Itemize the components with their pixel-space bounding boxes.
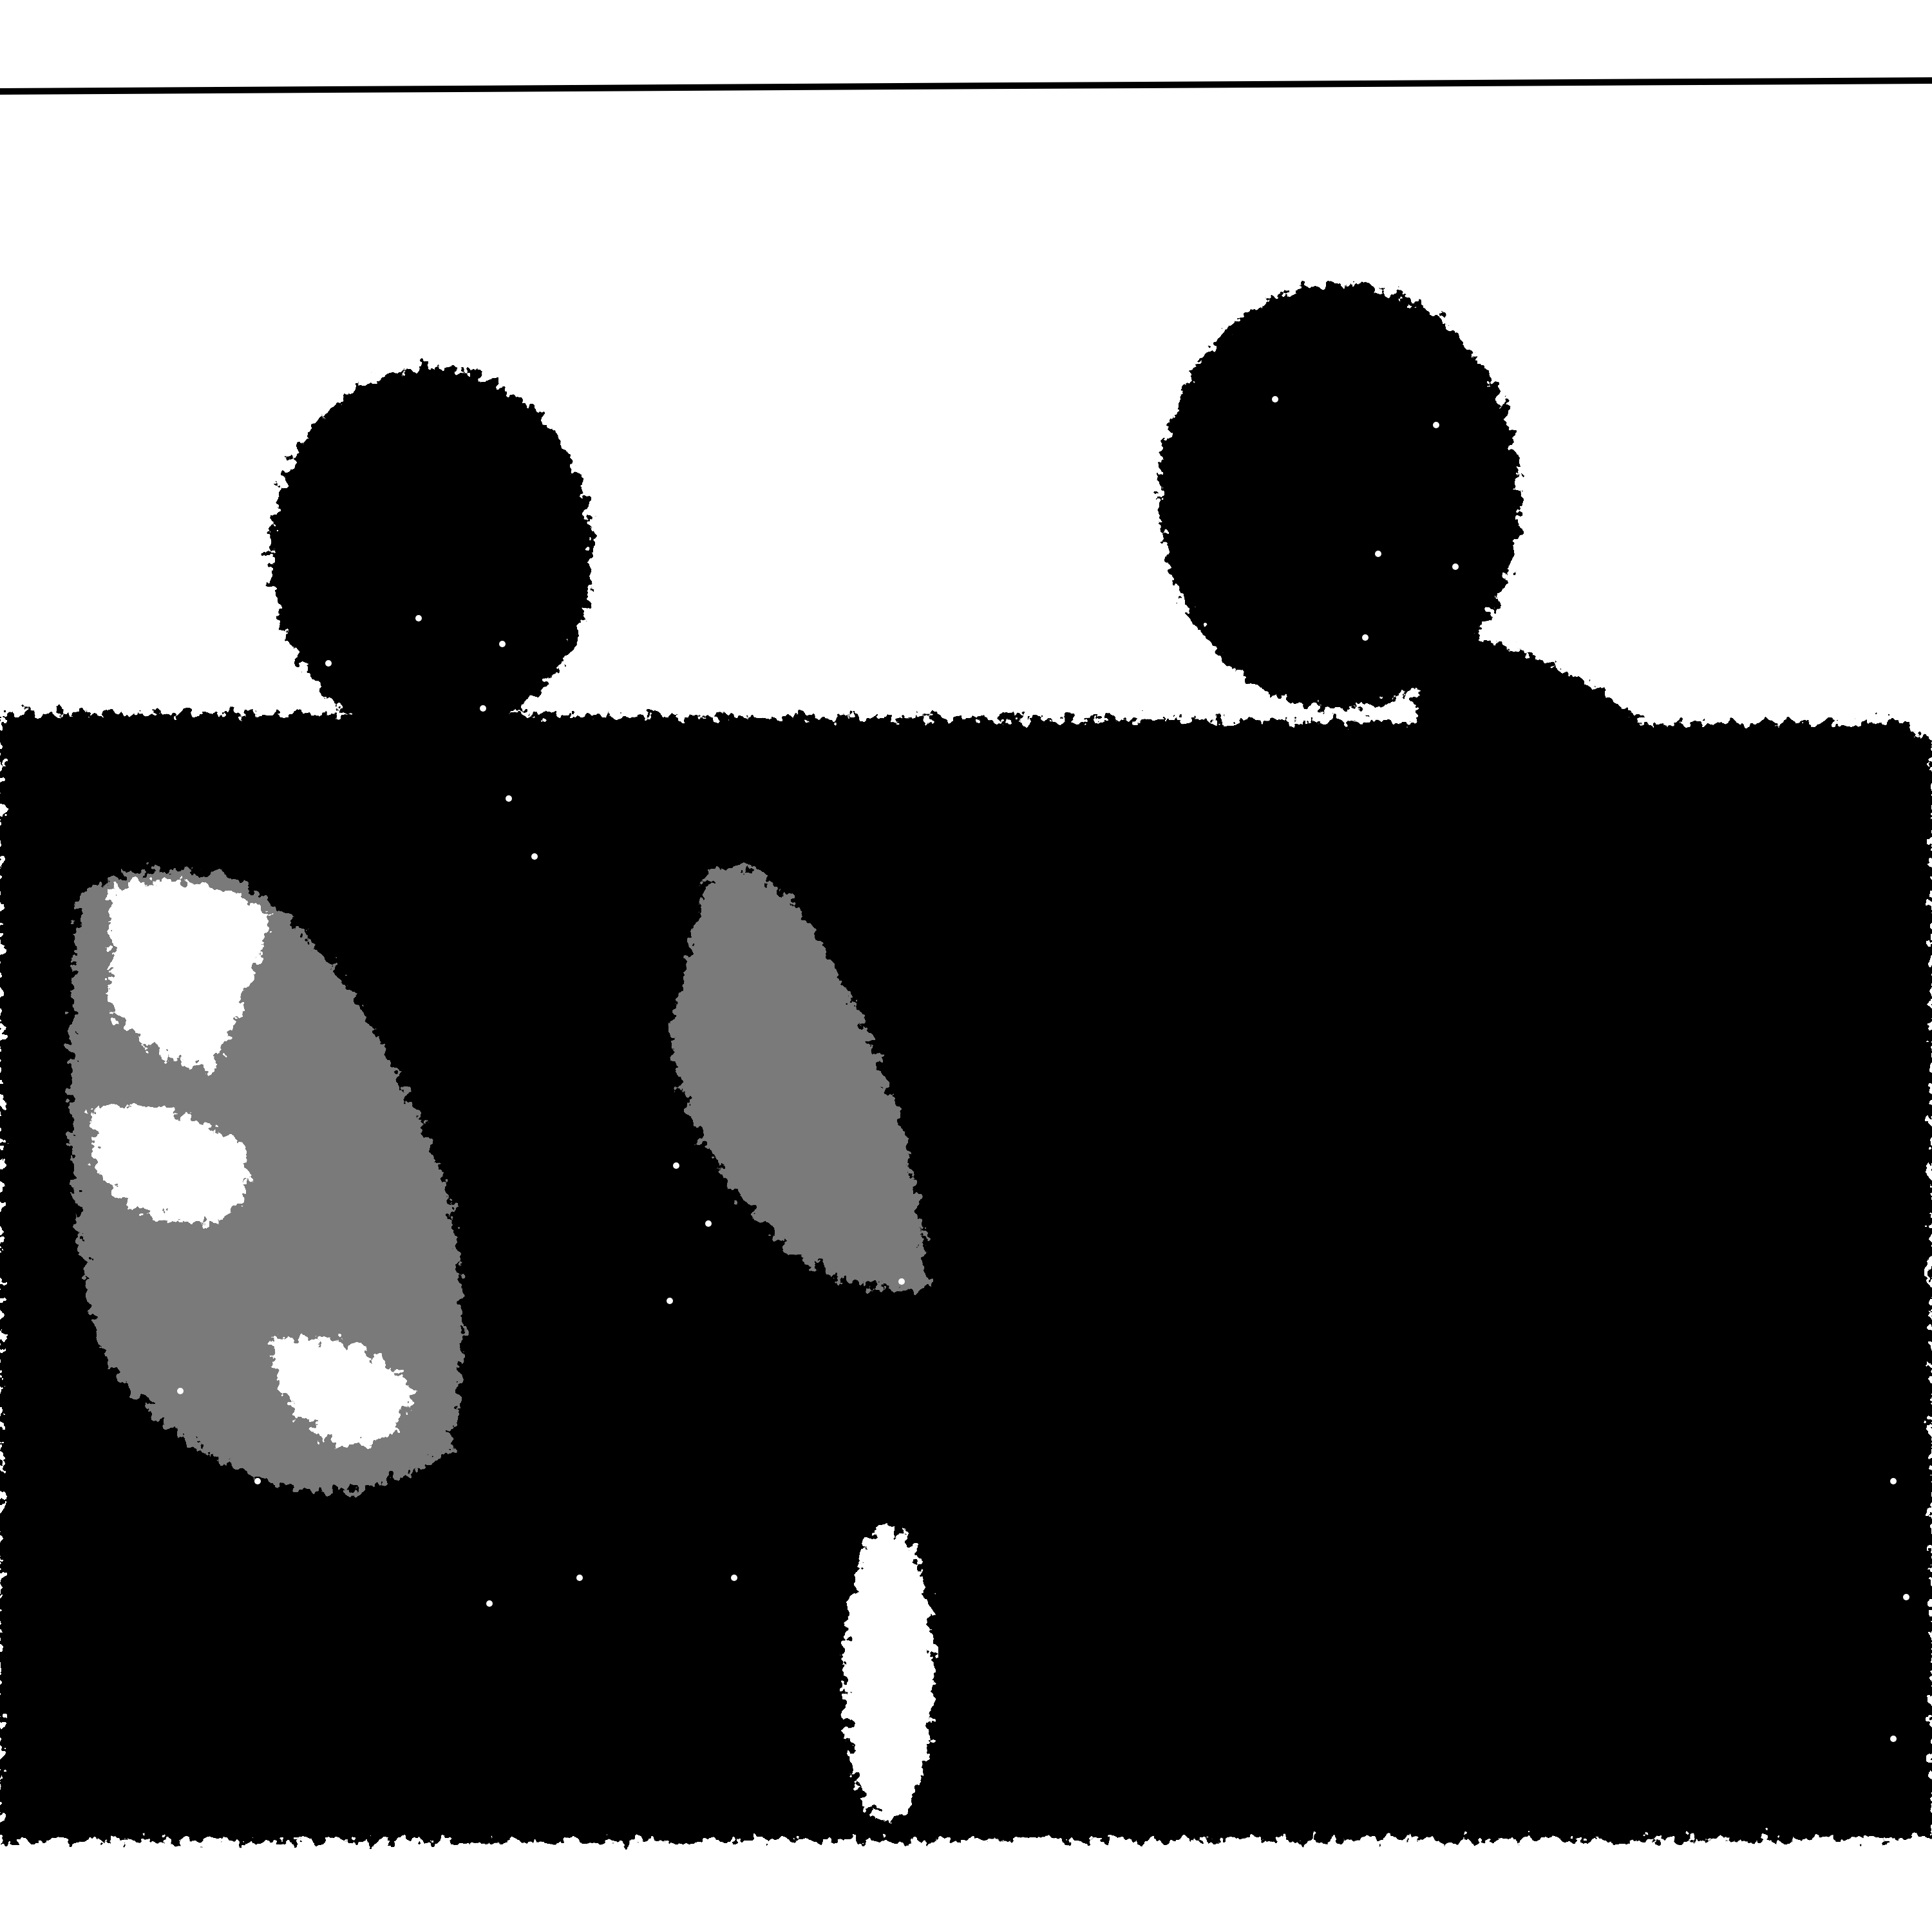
- bottom-highlight: [844, 1526, 934, 1823]
- photo-frame: High-contrast black-and-white halftone p…: [0, 0, 1932, 1932]
- right-figure-shoulder: [1417, 631, 1649, 728]
- left-figure-head: [270, 367, 592, 741]
- top-rule: [0, 80, 1932, 91]
- halftone-photo: [0, 0, 1932, 1932]
